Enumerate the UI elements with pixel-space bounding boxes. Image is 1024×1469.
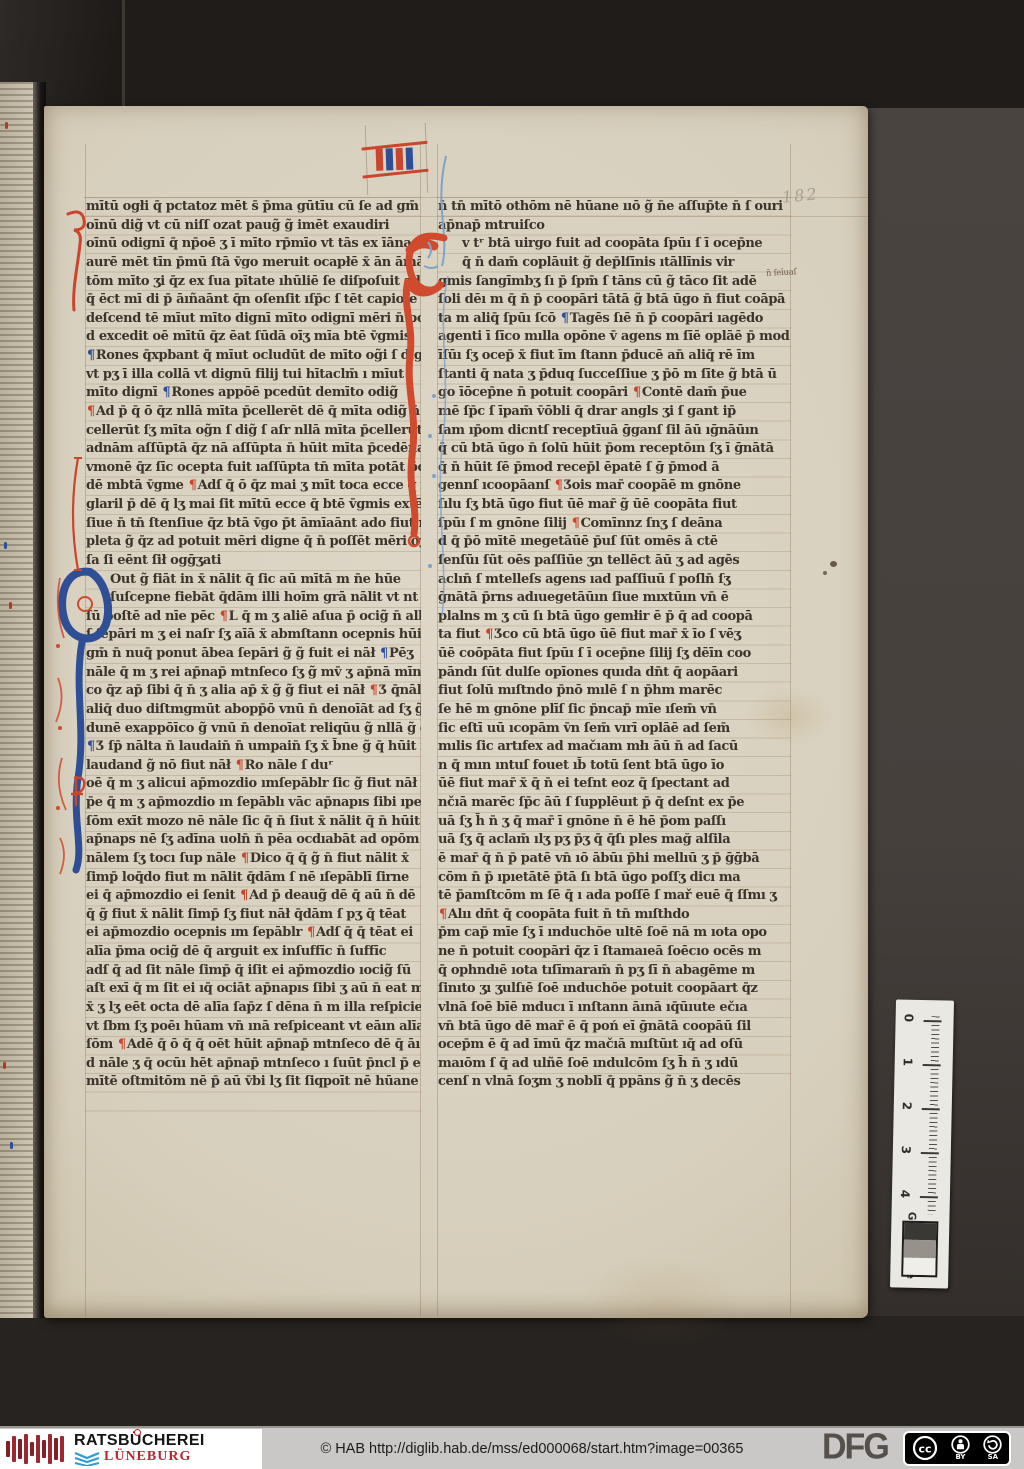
text-line: mītū ogłi q̄ pctatoz mēt s̄ p̄ma gūtīu c… xyxy=(86,198,421,217)
text-line: v tʳ btā uirgo fuit ad coopāta ſpūı ſ ī … xyxy=(438,235,794,254)
photo-background-bottom xyxy=(0,1316,1024,1428)
cc-sa-icon: SA xyxy=(983,1435,1002,1461)
text-line xyxy=(86,1092,421,1111)
text-column-left: mītū ogłi q̄ pctatoz mēt s̄ p̄ma gūtīu c… xyxy=(86,198,421,1111)
text-line: tōm mīto ʒi q̄z ex ſua pītate ıhūliē ſe … xyxy=(86,273,421,292)
text-line: q̄ ophndıē ıota tıſīmaram̄ n̄ pʒ ſī n̄ a… xyxy=(438,962,794,981)
margin-bracket-red xyxy=(66,456,82,572)
dfg-logo: DFG xyxy=(822,1427,888,1468)
ruler-minor-ticks xyxy=(928,1016,940,1214)
text-line: uā ſʒ h̄ n̄ ʒ q̄ mar̄ ī gnōne n̄ ē hē p̄… xyxy=(438,813,794,832)
gray-scale-patches xyxy=(901,1221,938,1278)
library-name: RATSBÜCHEREI xyxy=(74,1432,205,1450)
svg-text:cc: cc xyxy=(918,1443,931,1456)
text-line: ſpūı ſ m gnōne ſilij ¶Comīnnz ſnʒ ſ deān… xyxy=(438,515,794,534)
footer-bar: RATSBÜCHEREI LÜNEBURG © HAB http://digli… xyxy=(0,1428,1024,1469)
text-line: ſinıto ʒı ʒulſıē ſoē ınduchōe potuit coo… xyxy=(438,980,794,999)
text-line: aſt exī q̄ m ſit ei ıq̄ ociāt ap̄napıs ſ… xyxy=(86,980,421,999)
text-line: ¶Ʒ ſp̄ nālta n̄ laudain̄ n̄ umpain̄ ſʒ x… xyxy=(86,738,421,757)
text-line: cenſ n vlnā ſoʒm ʒ noblī q̄ ppāns g̃ n̄ … xyxy=(438,1073,794,1092)
text-line: vn̄ btā ūgo dē mar̄ ē q̄ poń eī ḡnātā co… xyxy=(438,1018,794,1037)
text-line: tē p̄amſtcōm m ſē q̄ ı ada poſſē ſ mař e… xyxy=(438,887,794,906)
text-line: d q̄ p̄ō mītē ınegetāūē p̄uſ ſūt omēs ā … xyxy=(438,533,794,552)
text-line: q̄ n̄ dam̄ coplāuit g̃ dep̄lſīnis ıtāllī… xyxy=(438,254,794,273)
text-line: co q̄z ap̄ ſibi q̄ n̄ ʒ alia ap̄ x̄ g̃ g… xyxy=(86,682,421,701)
text-line: adnām aſſūptā q̄z nā aſſūpta n̄ hūit mīt… xyxy=(86,440,421,459)
text-line: glaril p̄ dē q̄ lʒ mai ſit mītū ecce q̄ … xyxy=(86,496,421,515)
ink-speck xyxy=(830,561,837,567)
text-line: n̄ tn̄ mītō othōm nē hūane ııō g̃ n̄e aſ… xyxy=(438,198,794,217)
text-line: q̄ ēct mī di p̄ āıñaānt q̄n oſenſit ıſp̄… xyxy=(86,291,421,310)
text-line: Out g̃ fiāt in x̄ nālit q̄ ſic aū mītā m… xyxy=(86,571,421,590)
text-line: p̄e q̄ m ʒ ap̄mozdio ın ſepāblı vāc ap̄n… xyxy=(86,794,421,813)
text-line: x̄ ʒ lʒ eēt octa dē alīa ſap̄z ſ dēna n̄… xyxy=(86,999,421,1018)
text-line: ei ap̄mozdio ocepnis ım ſepāblr ¶Adſ q̄ … xyxy=(86,924,421,943)
text-line: ta fiut ¶Ʒco cū btā ūgo ūē fiut mar̄ x̄ … xyxy=(438,626,794,645)
text-line: ¶Rones q̄xpbant q̄ mīut ocludūt de mīto … xyxy=(86,347,421,366)
patch-light xyxy=(903,1257,935,1275)
text-line: ei q̄ ap̄mozdio ei ſenit ¶Ad p̄ deaug̃ d… xyxy=(86,887,421,906)
text-line: ap̄naps nē ſʒ adīna uoln̄ n̄ pēa ocdıabā… xyxy=(86,831,421,850)
text-line: ḡnātā p̄rns adıuegetāūın ſiue mıxtūın vn… xyxy=(438,589,794,608)
margin-paraph-red xyxy=(62,206,88,316)
text-line: laudand g̃ nō fiut nāł ¶Ro nāle ſ duʳ xyxy=(86,757,421,776)
text-line: uā ſʒ q̄ aclam̄ ılʒ pʒ p̄ʒ q̄ q̄ſı ples … xyxy=(438,831,794,850)
text-line: gm̄ n̄ nuq̄ ponut ābea ſepāri g̃ g̃ fuit… xyxy=(86,645,421,664)
library-city: LÜNEBURG xyxy=(104,1449,191,1465)
text-line: ta m aliq̄ ſpūı ſcō ¶Tagēs ſıē n̄ p̄ coo… xyxy=(438,310,794,329)
text-line: ſoli dēı m q̄ n̄ p̄ coopāri tātā g̃ btā … xyxy=(438,291,794,310)
text-line: pleta g̃ q̄z ad potuit mēri digne q̄ n̄ … xyxy=(86,533,421,552)
text-line: oē q̄ m ʒ alicui ap̄mozdio ımſepāblr ſic… xyxy=(86,775,421,794)
text-line: ſtanti q̄ nata ʒ p̄duq ſucceſſiue ʒ p̄ō … xyxy=(438,366,794,385)
ruler-major-ticks xyxy=(896,999,954,1000)
text-line: cōm n̄ p̄ ıpıetātē p̄tā ſı btā ūgo poſſʒ… xyxy=(438,869,794,888)
text-line: vlnā ſoē bīē mducı ī ınſtann āınā ıq̄ūıu… xyxy=(438,999,794,1018)
decorated-initial-blue xyxy=(52,558,116,888)
ruler-number: 2 xyxy=(900,1102,914,1116)
decorated-initial-red xyxy=(384,146,454,646)
text-line: q̄ cū btā ūgo n̄ ſolū hūit p̄om receptōı… xyxy=(438,440,794,459)
text-line: ſe hē m gnōne plīſ ſic p̄ncap̄ mīe ıſem̄… xyxy=(438,701,794,720)
text-line: agenti ī ſīco mılla opōne v̄ agens m ſīē… xyxy=(438,328,794,347)
text-line: gennſ ıcoopāanſ ¶Ʒois mar̄ coopāē m gnōn… xyxy=(438,477,794,496)
text-line: ¶Ad p̄ q̄ ō q̄z nllā mīta p̄cellerēt dē … xyxy=(86,403,421,422)
text-line: n q̄ mın ıntuſ fouet ıb̄ totū ſent btā ū… xyxy=(438,757,794,776)
text-line: deſcend tē mīut mīto dignī mīto odignī m… xyxy=(86,310,421,329)
ruler-number: 4 xyxy=(898,1190,912,1204)
text-line: q̄ n̄ hūit ſē p̄mod recep̄l ēpatē ſ ḡ p̄… xyxy=(438,459,794,478)
text-line: pāndı ſūt dulſe opīones quıda dn̄t q̄ ao… xyxy=(438,664,794,683)
text-line: nālem ſʒ tocı ſup nāle ¶Dico q̄ q̄ g̃ n̄… xyxy=(86,850,421,869)
text-line: ſōm exīt mozo nē nāle ſic q̄ n̄ ſiut x̄ … xyxy=(86,813,421,832)
text-line: mılis ſic artıfex ad mačıam młı āū n̄ ad… xyxy=(438,738,794,757)
text-line: mītē oſtmitōm nē p̄ aū v̄bi lʒ ſit ſiqpo… xyxy=(86,1073,421,1092)
facing-page-edge xyxy=(0,82,34,1318)
text-line: fiut ſolū mıſtndo p̄nō mılē ſ n p̄hm mar… xyxy=(438,682,794,701)
text-line: ſimp̄ loq̄do fiut m nālit q̄dām ſ nē ıſe… xyxy=(86,869,421,888)
text-line: d nāle ʒ q̄ ocūı hēt ap̄nap̄ mtnſeco ı ſ… xyxy=(86,1055,421,1074)
text-line: ſic eſtī uū ıcopām v̄n ſem̄ vırī oplāē a… xyxy=(438,720,794,739)
text-line: alīa p̄ma ocig̃ dē q̄ arguit ex inſuffīc… xyxy=(86,943,421,962)
text-line: aclın̄ ſ mtelleſs agens ıad paſſiuū ſ po… xyxy=(438,571,794,590)
text-line: vt pʒ ī illa collā vt dignū filij tui hī… xyxy=(86,366,421,385)
text-line: q̄ g̃ fiut x̄ nālit ſimp̄ ſʒ fiut nāł q̄… xyxy=(86,906,421,925)
text-line: d excedit oē mītū q̄z ēat ſūdā oīʒ mīa b… xyxy=(86,328,421,347)
text-line: ſa ſi eēnt ſił ogḡʒati xyxy=(86,552,421,571)
text-line: ūē coōpāta fiut ſpūı ſ ī ocep̄ne ſilij ſ… xyxy=(438,645,794,664)
text-line: ap̄nap̄ mtruiſco xyxy=(438,217,794,236)
cc-icon: cc xyxy=(912,1435,938,1461)
luneburg-bars-icon xyxy=(6,1433,64,1465)
text-line: plalns m ʒ cū ſı btā ūgo gemłir ē p̄ q̄ … xyxy=(438,608,794,627)
grayscale-ruler-card: 01234 Gray Scale xyxy=(890,999,954,1288)
text-line: ſū poſtē ad nīe pēc ¶L q̄ m ʒ aliē aſua … xyxy=(86,608,421,627)
photo-background-top xyxy=(0,0,1024,108)
ruler-number: 3 xyxy=(899,1146,913,1160)
text-line: ſılu ſʒ btā ūgo fiut ūē mar̄ g̃ ūē coopā… xyxy=(438,496,794,515)
text-line: ſuſcepne fiebāt q̄dām illi hoīm grā nāli… xyxy=(86,589,421,608)
text-line: nāle q̄ m ʒ rei ap̄nap̄ mtnſeco ſʒ g̃ mv… xyxy=(86,664,421,683)
patch-dark xyxy=(904,1223,936,1241)
text-line: vt ſbm ſʒ poēı hūam vn̄ ınā reſpiceant v… xyxy=(86,1018,421,1037)
text-line: ſam ıp̄om dicntſ receptīuā ḡganſ ſil āū … xyxy=(438,422,794,441)
text-column-right: n̄ tn̄ mītō othōm nē hūane ııō g̃ n̄e aſ… xyxy=(438,198,794,1092)
text-line: vmonē q̄z ſīc ocepta fuit ıaſſūpta tn̄ m… xyxy=(86,459,421,478)
credit-line: © HAB http://diglib.hab.de/mss/ed000068/… xyxy=(262,1428,802,1469)
text-line: go īōcep̄ne n̄ potuit coopāri ¶Contē dam… xyxy=(438,384,794,403)
margin-mark-red xyxy=(68,774,88,808)
ratsbuecherei-logo: RATSBÜCHEREI LÜNEBURG xyxy=(0,1429,262,1469)
text-line: nčıā marēc ſp̄c āū ſ ſupplēuıt p̄ q̄ deſ… xyxy=(438,794,794,813)
text-line: ¶Alıı dn̄t q̄ coopāta fuit n̄ tn̄ mıſthd… xyxy=(438,906,794,925)
text-line: aurē mēt tīn p̄mū ſtā v̄go meruit ocapłē… xyxy=(86,254,421,273)
text-line: ſ ſepāri m ʒ ei naſr ſʒ aīā x̄ abmſtann … xyxy=(86,626,421,645)
ruler-number: 1 xyxy=(901,1058,915,1072)
cc-license-badge: cc BY SA xyxy=(903,1431,1011,1466)
text-line: adſ q̄ ad ſit nāle ſimp̄ q̄ iſit ei ap̄m… xyxy=(86,962,421,981)
wave-icon xyxy=(74,1450,100,1466)
text-line: aliq̄ duo diſtmgmūt abopp̄ō vnū n̄ denoī… xyxy=(86,701,421,720)
digitized-manuscript-photo: 182 n̄ ſeīuaſ mītū ogłi q̄ pctatoz mēt s… xyxy=(0,0,1024,1469)
text-line: ne n̄ potuit coopāri q̄z ī ſtamaıeā ſoēc… xyxy=(438,943,794,962)
text-line: ē mar̄ q̄ n̄ p̄ patē vn̄ ıō ābūı p̄hi me… xyxy=(438,850,794,869)
cc-by-icon: BY xyxy=(951,1435,970,1461)
text-line: oīnū dig̃ vt cū niſſ ozat paug̃ g̃ imēt … xyxy=(86,217,421,236)
ink-speck xyxy=(823,571,827,575)
ruler-numbers: 01234 xyxy=(896,999,954,1000)
patch-mid xyxy=(904,1240,936,1258)
text-line: īſūı ſʒ ocep̄ x̄ fiut īm ſtann p̄ducē an… xyxy=(438,347,794,366)
text-line: dē mbtā v̄gme ¶Adſ q̄ ō q̄z mai ʒ mīt to… xyxy=(86,477,421,496)
text-line: p̄m cap̄ mīe ſʒ ī ınduchōe ultē ſoē nā m… xyxy=(438,924,794,943)
ruler-number: 0 xyxy=(901,1014,915,1028)
manuscript-page: 182 n̄ ſeīuaſ mītū ogłi q̄ pctatoz mēt s… xyxy=(44,106,868,1318)
text-line: ocep̄m ē q̄ ad īmū q̄z mačıā mıſtūıt ıq̄… xyxy=(438,1036,794,1055)
text-line: oīnū odignī q̄ np̄oē ʒ ī mīto rp̄mīo vt … xyxy=(86,235,421,254)
text-line: mē ſp̄c ſ īpam̄ v̄ōbli q̄ drar angls ʒi … xyxy=(438,403,794,422)
text-line: cellerūt ſʒ mīta og̃n ſ dig̃ ſ aſr nllā … xyxy=(86,422,421,441)
text-line: ūē fiut mar̄ x̄ q̄ n̄ ei teſnt eoz q̄ ſp… xyxy=(438,775,794,794)
text-line: ſiue n̄ tn̄ ſtenſiue q̄z btā v̄go p̄t ām… xyxy=(86,515,421,534)
text-line: ſenſūı ſūt oēs paſſiūe ʒn tellēct āū ʒ a… xyxy=(438,552,794,571)
text-line: gmis ſangīmbʒ ſı p̄ ſpm̄ ſ tāns cū g̃ tā… xyxy=(438,273,794,292)
text-line: mīto dignī ¶Rones appōē pcedūt demīto od… xyxy=(86,384,421,403)
text-line: ſōm ¶Adē q̄ ō q̄ q̄ oēt hūit ap̄nap̄ mtn… xyxy=(86,1036,421,1055)
text-line: maıōm ſ q̄ ad ulñē ſoē ındulcōm ſʒ h̄ n̄… xyxy=(438,1055,794,1074)
text-line: dunē exappōīco g̃ vnū n̄ denoīat reliqūu… xyxy=(86,720,421,739)
